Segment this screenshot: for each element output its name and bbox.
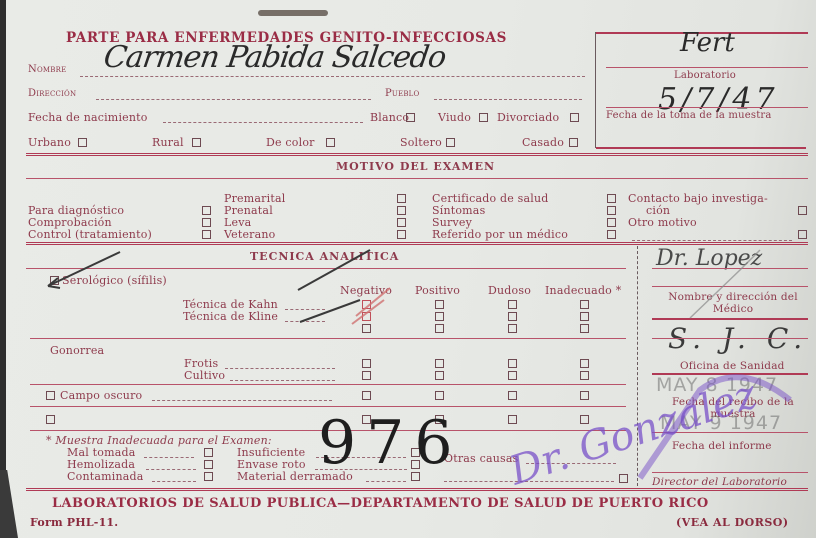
annotation-strokes	[0, 0, 816, 538]
lab-report-card: PARTE PARA ENFERMEDADES GENITO-INFECCIOS…	[0, 0, 816, 538]
